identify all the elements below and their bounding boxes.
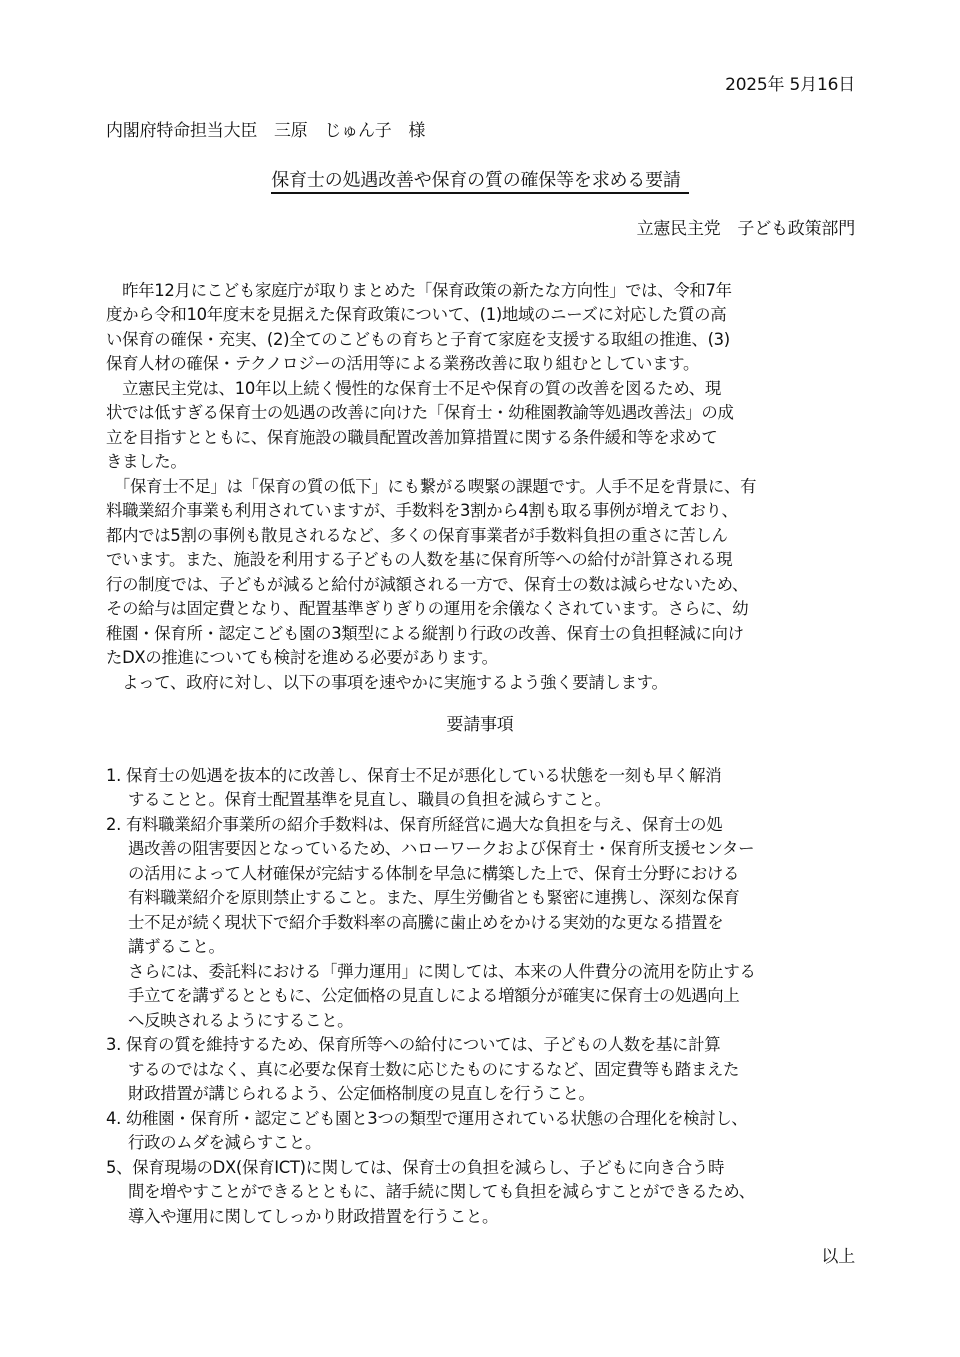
request-item-5-line: 間を増やすことができるとともに、諸手続に関しても負担を減らすことができるため、	[128, 1180, 755, 1204]
request-item-1-line: 1. 保育士の処遇を抜本的に改善し、保育士不足が悪化している状態を一刻も早く解消	[106, 764, 721, 788]
request-item-1-line: することと。保育士配置基準を見直し、職員の負担を減らすこと。	[128, 788, 611, 812]
closing-mark: 以上	[821, 1245, 855, 1269]
body-line: 保育人材の確保・テクノロジーの活用等による業務改善に取り組むとしています。	[106, 352, 699, 376]
request-item-2-line: 有料職業紹介を原則禁止すること。また、厚生労働省とも緊密に連携し、深刻な保育	[128, 886, 739, 910]
body-line: 行の制度では、子どもが減ると給付が減額される一方で、保育士の数は減らせないため、	[106, 573, 748, 597]
request-item-3-line: するのではなく、真に必要な保育士数に応じたものにするなど、固定費等も踏まえた	[128, 1058, 739, 1082]
body-line: 稚園・保育所・認定こども園の3類型による縦割り行政の改善、保育士の負担軽減に向け	[106, 622, 744, 646]
request-item-2-line: の活用によって人材確保が完結する体制を早急に構築した上で、保育士分野における	[128, 862, 739, 886]
body-line: 度から令和10年度末を見据えた保育政策について、(1)地域のニーズに対応した質の…	[106, 303, 726, 327]
document-date: 2025年 5月16日	[725, 73, 855, 97]
body-line: 都内では5割の事例も散見されるなど、多くの保育事業者が手数料負担の重さに苦しん	[106, 524, 728, 548]
body-line: よって、政府に対し、以下の事項を速やかに実施するよう強く要請します。	[106, 671, 668, 695]
body-line: その給与は固定費となり、配置基準ぎりぎりの運用を余儀なくされています。さらに、幼	[106, 597, 748, 621]
request-item-2-line: へ反映されるようにすること。	[128, 1009, 353, 1033]
body-line: 「保育士不足」は「保育の質の低下」にも繋がる喫緊の課題です。人手不足を背景に、有	[106, 475, 756, 499]
request-item-2-line: 遇改善の阻害要因となっているため、ハローワークおよび保育士・保育所支援センター	[128, 837, 754, 861]
request-item-5-line: 導入や運用に関してしっかり財政措置を行うこと。	[128, 1205, 498, 1229]
body-line: でいます。また、施設を利用する子どもの人数を基に保育所等への給付が計算される現	[106, 548, 732, 572]
document-title-text: 保育士の処遇改善や保育の質の確保等を求める要請	[271, 170, 688, 194]
body-line: たDXの推進についても検討を進める必要があります。	[106, 646, 498, 670]
request-item-2-line: 手立てを講ずるとともに、公定価格の見直しによる増額分が確実に保育士の処遇向上	[128, 984, 739, 1008]
addressee: 内閣府特命担当大臣 三原 じゅん子 様	[106, 119, 425, 143]
requests-heading: 要請事項	[0, 713, 960, 737]
body-line: 状では低すぎる保育士の処遇の改善に向けた「保育士・幼稚園教諭等処遇改善法」の成	[106, 401, 734, 425]
body-line: 立憲民主党は、10年以上続く慢性的な保育士不足や保育の質の改善を図るため、現	[106, 377, 721, 401]
request-item-2-line: 2. 有料職業紹介事業所の紹介手数料は、保育所経営に過大な負担を与え、保育士の処	[106, 813, 722, 837]
request-item-2-line: 講ずること。	[128, 935, 225, 959]
request-item-4-line: 行政のムダを減らすこと。	[128, 1131, 321, 1155]
body-line: 立を目指すとともに、保育施設の職員配置改善加算措置に関する条件緩和等を求めて	[106, 426, 717, 450]
body-line: きました。	[106, 450, 186, 474]
request-item-4-line: 4. 幼稚園・保育所・認定こども園と3つの類型で運用されている状態の合理化を検討…	[106, 1107, 748, 1131]
body-line: 昨年12月にこども家庭庁が取りまとめた「保育政策の新たな方向性」では、令和7年	[106, 279, 732, 303]
document-title: 保育士の処遇改善や保育の質の確保等を求める要請	[0, 169, 960, 193]
request-item-3-line: 財政措置が講じられるよう、公定価格制度の見直しを行うこと。	[128, 1082, 595, 1106]
body-line: 料職業紹介事業も利用されていますが、手数料を3割から4割も取る事例が増えており、	[106, 499, 738, 523]
body-line: い保育の確保・充実、(2)全てのこどもの育ちと子育て家庭を支援する取組の推進、(…	[106, 328, 730, 352]
sender: 立憲民主党 子ども政策部門	[637, 217, 855, 241]
request-item-2-line: さらには、委託料における「弾力運用」に関しては、本来の人件費分の流用を防止する	[128, 960, 756, 984]
request-item-3-line: 3. 保育の質を維持するため、保育所等への給付については、子どもの人数を基に計算	[106, 1033, 720, 1057]
document-page: 2025年 5月16日 内閣府特命担当大臣 三原 じゅん子 様 保育士の処遇改善…	[0, 0, 960, 1357]
request-item-2-line: 士不足が続く現状下で紹介手数料率の高騰に歯止めをかける実効的な更なる措置を	[128, 911, 723, 935]
request-item-5-line: 5、保育現場のDX(保育ICT)に関しては、保育士の負担を減らし、子どもに向き合…	[106, 1156, 724, 1180]
